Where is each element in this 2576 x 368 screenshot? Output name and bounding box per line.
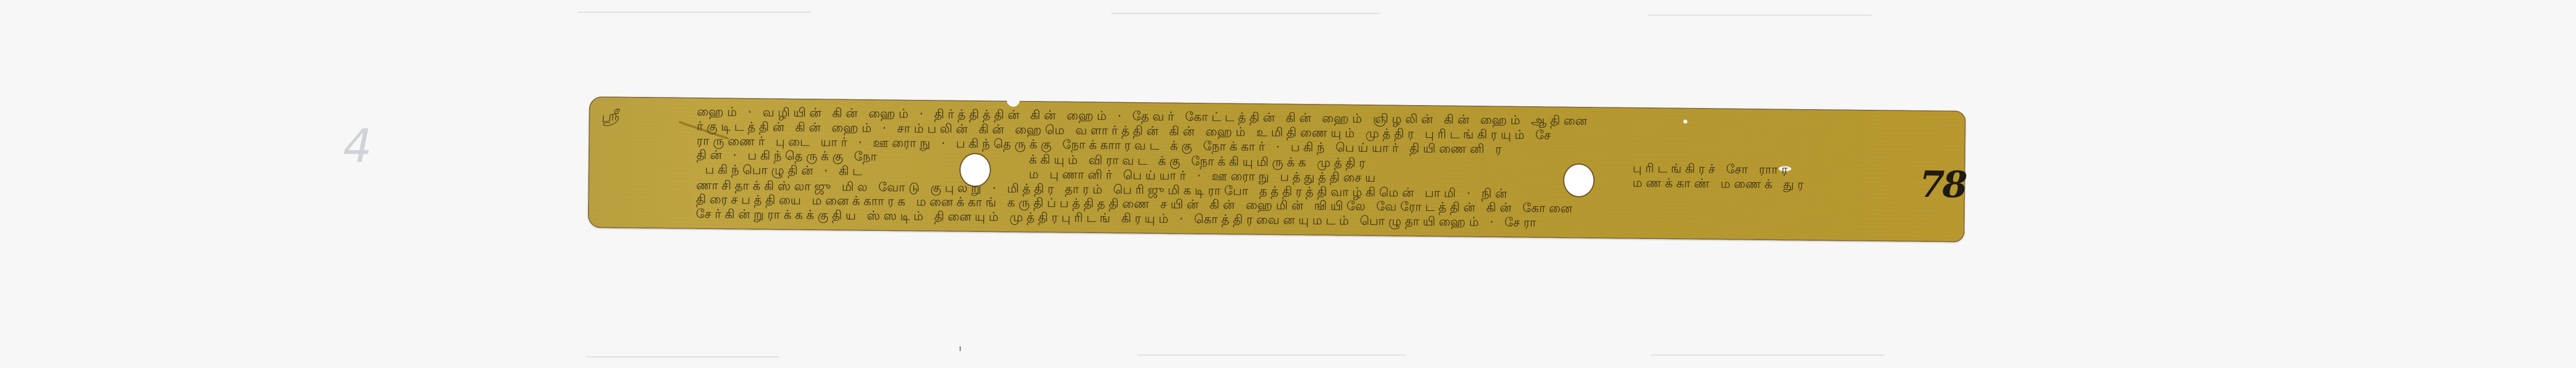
bottom-rule-right <box>1651 355 1884 356</box>
manuscript-line-4-right: புரிடங்கிரச் சோ ராார <box>1633 162 1791 176</box>
manuscript-line-5-left: பகிந்பொழுதின் · கிட <box>705 164 866 178</box>
margin-page-label: 4 <box>343 124 372 169</box>
bottom-rule-left <box>586 356 779 357</box>
bottom-tick-mark <box>960 346 961 351</box>
corner-invocation-note: ஸ்ரீ <box>599 107 620 128</box>
manuscript-line-5-right: மணக்காண் மணைக் துர <box>1632 177 1807 191</box>
palm-leaf: ஸ்ரீ ஹைம் · வழியின் கின் ஹைம் · திர்த்தி… <box>588 96 1966 242</box>
leaf-damage-speck <box>1683 120 1688 124</box>
bottom-rule-center <box>1137 355 1406 356</box>
top-rule-center <box>1111 13 1380 14</box>
folio-number: 78 <box>1919 166 1965 203</box>
manuscript-line-4-left: தின் · பகிந்தெருக்கு நோ <box>696 149 881 163</box>
top-rule-right <box>1648 15 1873 16</box>
top-rule-left <box>577 12 811 13</box>
